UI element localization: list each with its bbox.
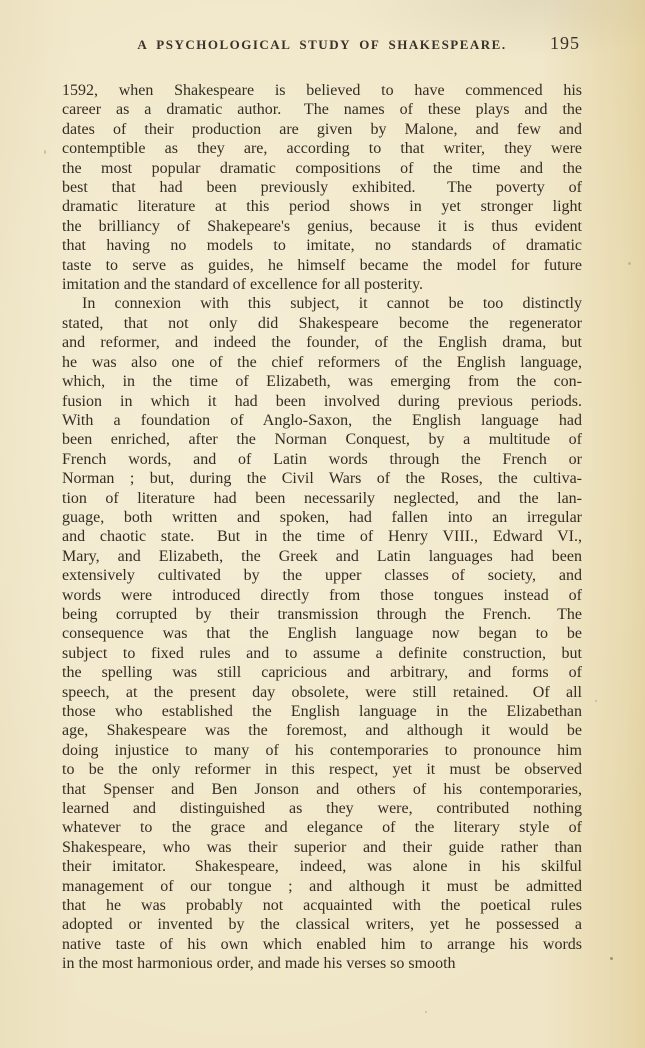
text-line: With a foundation of Anglo-Saxon, the En… bbox=[62, 411, 582, 430]
text-line: adopted or invented by the classical wri… bbox=[62, 915, 582, 934]
text-line: that having no models to imitate, no sta… bbox=[62, 236, 582, 255]
text-line: those who established the English langua… bbox=[62, 702, 582, 721]
text-line: the brilliancy of Shakepeare's genius, b… bbox=[62, 217, 582, 236]
text-line: learned and distinguished as they were, … bbox=[62, 799, 582, 818]
text-line: been enriched, after the Norman Conquest… bbox=[62, 430, 582, 449]
text-line: 1592, when Shakespeare is believed to ha… bbox=[62, 81, 582, 100]
text-column: A PSYCHOLOGICAL STUDY OF SHAKESPEARE. 19… bbox=[62, 34, 582, 974]
text-line: doing injustice to many of his contempor… bbox=[62, 741, 582, 760]
text-line: career as a dramatic author. The names o… bbox=[62, 100, 582, 119]
text-line: stated, that not only did Shakespeare be… bbox=[62, 314, 582, 333]
page-body: 1592, when Shakespeare is believed to ha… bbox=[62, 81, 582, 974]
text-line: taste to serve as guides, he himself bec… bbox=[62, 256, 582, 275]
text-line: whatever to the grace and elegance of th… bbox=[62, 818, 582, 837]
text-line: consequence was that the English languag… bbox=[62, 624, 582, 643]
book-page: A PSYCHOLOGICAL STUDY OF SHAKESPEARE. 19… bbox=[0, 0, 645, 1048]
text-line: that he was probably not acquainted with… bbox=[62, 896, 582, 915]
text-line: he was also one of the chief reformers o… bbox=[62, 353, 582, 372]
text-line: tion of literature had been necessarily … bbox=[62, 489, 582, 508]
text-line: best that had been previously exhibited.… bbox=[62, 178, 582, 197]
text-line: and chaotic state. But in the time of He… bbox=[62, 527, 582, 546]
text-line: management of our tongue ; and although … bbox=[62, 877, 582, 896]
text-line: to be the only reformer in this respect,… bbox=[62, 760, 582, 779]
text-line: that Spenser and Ben Jonson and others o… bbox=[62, 780, 582, 799]
text-line: and reformer, and indeed the founder, of… bbox=[62, 333, 582, 352]
text-line: In connexion with this subject, it canno… bbox=[62, 294, 582, 313]
running-header-title: A PSYCHOLOGICAL STUDY OF SHAKESPEARE. bbox=[62, 34, 582, 55]
text-line: being corrupted by their transmission th… bbox=[62, 605, 582, 624]
text-line: dramatic literature at this period shows… bbox=[62, 197, 582, 216]
text-line: dates of their production are given by M… bbox=[62, 120, 582, 139]
text-line: native taste of his own which enabled hi… bbox=[62, 935, 582, 954]
text-line: the spelling was still capricious and ar… bbox=[62, 663, 582, 682]
text-line: in the most harmonious order, and made h… bbox=[62, 954, 582, 973]
text-line: guage, both written and spoken, had fall… bbox=[62, 508, 582, 527]
text-line: contemptible as they are, according to t… bbox=[62, 139, 582, 158]
page-number: 195 bbox=[550, 32, 580, 54]
text-line: Norman ; but, during the Civil Wars of t… bbox=[62, 469, 582, 488]
text-line: extensively cultivated by the upper clas… bbox=[62, 566, 582, 585]
text-line: imitation and the standard of excellence… bbox=[62, 275, 582, 294]
text-line: the most popular dramatic compositions o… bbox=[62, 159, 582, 178]
text-line: Shakespeare, who was their superior and … bbox=[62, 838, 582, 857]
text-line: Mary, and Elizabeth, the Greek and Latin… bbox=[62, 547, 582, 566]
text-line: their imitator. Shakespeare, indeed, was… bbox=[62, 857, 582, 876]
text-line: age, Shakespeare was the foremost, and a… bbox=[62, 721, 582, 740]
text-line: speech, at the present day obsolete, wer… bbox=[62, 683, 582, 702]
text-line: which, in the time of Elizabeth, was eme… bbox=[62, 372, 582, 391]
text-line: words were introduced directly from thos… bbox=[62, 586, 582, 605]
text-line: fusion in which it had been involved dur… bbox=[62, 392, 582, 411]
running-header: A PSYCHOLOGICAL STUDY OF SHAKESPEARE. 19… bbox=[62, 34, 582, 56]
text-line: subject to fixed rules and to assume a d… bbox=[62, 644, 582, 663]
text-line: French words, and of Latin words through… bbox=[62, 450, 582, 469]
